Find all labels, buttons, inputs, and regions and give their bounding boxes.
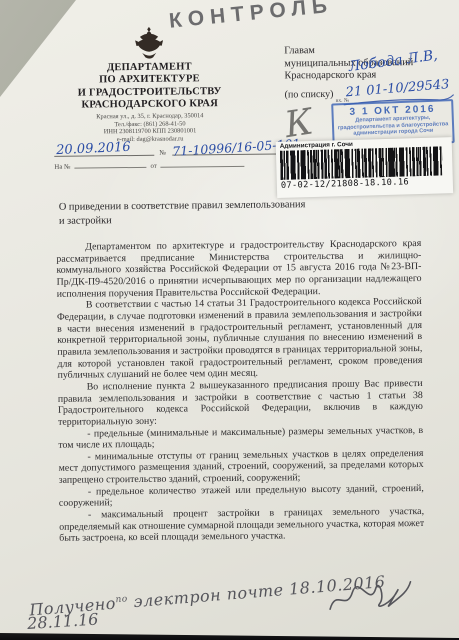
handwritten-bottom-date: 28.11.16 [27,610,99,633]
body-paragraph: В соответствии с частью 14 статьи 31 Гра… [57,296,423,381]
reference-number-row: На №от [54,159,274,171]
number-sign-label: № [159,149,166,157]
letter-body: Департаментом по архитектуре и градостро… [56,238,424,545]
control-stamp: КОНТРОЛЬ [168,0,334,34]
per-list-note: (по списку) [285,89,334,101]
body-paragraph: - максимальный процент застройки в грани… [59,506,424,545]
scanned-letter-photo: КОНТРОЛЬ ДЕПАРТАМЕНТ ПО АРХИТЕКТУРЕ И ГР… [0,0,459,640]
ref-label: На № [54,164,70,171]
body-paragraph: - минимальные отступы от границ земельны… [58,448,423,487]
barcode [280,146,443,180]
org-line: И ГРАДОСТРОИТЕЛЬСТВУ [48,86,252,101]
pencil-k-mark: К [282,101,316,146]
ref-underline [74,160,146,169]
sender-org-name: ДЕПАРТАМЕНТ ПО АРХИТЕКТУРЕ И ГРАДОСТРОИТ… [47,61,252,113]
barcode-label-box: Администрация г. Сочи 07-02-12/21808-18.… [276,137,453,198]
ref-from-label: от [150,163,156,170]
ref-from-underline [161,159,245,168]
body-paragraph: Департаментом по архитектуре и градостро… [56,238,422,300]
outgoing-date-number-row: № 20.09.2016 71-10996/16-05-101 [54,135,304,160]
document-content: КОНТРОЛЬ ДЕПАРТАМЕНТ ПО АРХИТЕКТУРЕ И ГР… [0,0,459,640]
coat-of-arms-icon [135,26,163,59]
letter-subject: О приведении в соответствие правил земле… [59,198,307,228]
received-note-rest: электрон почте [127,580,290,612]
org-line: КРАСНОДАРСКОГО КРАЯ [48,98,252,113]
received-note-superscript: по [115,594,128,605]
body-paragraph: Во исполнение пункта 2 вышеуказанного пр… [58,378,423,428]
